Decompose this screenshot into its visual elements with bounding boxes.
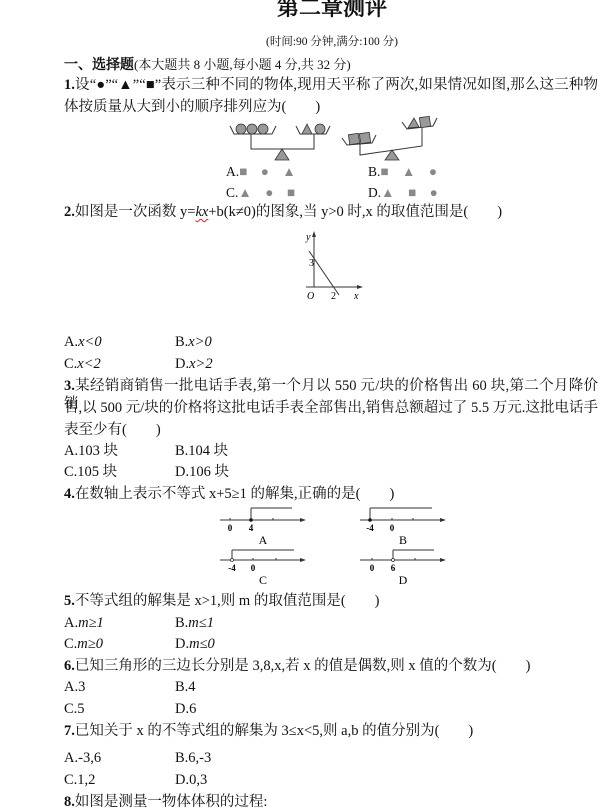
option-d[interactable]: D.m≤0	[175, 635, 215, 653]
question-number: 3.	[64, 378, 75, 394]
spellcheck-underlined-text: kx	[195, 204, 208, 220]
question-number: 4.	[64, 486, 75, 502]
option-d[interactable]: D.106 块	[175, 463, 229, 481]
svg-text:y: y	[305, 232, 311, 243]
question-text: 设“●”“▲”“■”表示三种不同的物体,现用天平称了两次,如果情况如图,那么这三…	[75, 77, 598, 93]
option-text: x>0	[188, 334, 211, 350]
option-symbols: ▲ ● ■	[238, 185, 295, 200]
question-number: 2.	[64, 204, 75, 220]
option-label: B.	[175, 750, 188, 766]
square-icon	[348, 133, 359, 144]
question-6: 6.已知三角形的三边长分别是 3,8,x,若 x 的值是偶数,则 x 值的个数为…	[64, 657, 530, 675]
arrow-up-icon	[312, 231, 316, 237]
question-text: 已知关于 x 的不等式组的解集为 3≤x<5,则 a,b 的值分别为( )	[75, 723, 473, 739]
option-label: D.	[175, 772, 189, 788]
question-number: 8.	[64, 794, 75, 810]
option-text: 6,-3	[188, 750, 211, 766]
option-c[interactable]: C.105 块	[64, 463, 117, 481]
option-text: m≥0	[77, 636, 103, 652]
option-text: x>2	[189, 356, 212, 372]
option-symbols: ■ ● ▲	[239, 164, 296, 179]
number-line-option-a[interactable]: 0 4 A	[218, 505, 308, 545]
section-label: 一、选择题	[64, 56, 134, 72]
option-text: 105 块	[77, 464, 117, 480]
option-text: 3	[78, 679, 85, 695]
option-b[interactable]: B.4	[175, 678, 196, 696]
option-text: 4	[188, 679, 195, 695]
option-label: D.	[175, 356, 189, 372]
option-label: B.	[175, 334, 188, 350]
option-text: 6	[189, 701, 196, 717]
option-text: x<0	[78, 334, 101, 350]
question-text: 不等式组的解集是 x>1,则 m 的取值范围是( )	[75, 593, 380, 609]
number-line-option-b[interactable]: -4 0 B	[358, 505, 448, 545]
exam-info: (时间:90 分钟,满分:100 分)	[0, 34, 616, 50]
section-heading: 一、选择题(本大题共 8 小题,每小题 4 分,共 32 分)	[64, 55, 351, 75]
option-b[interactable]: B.104 块	[175, 442, 228, 460]
square-icon	[419, 116, 430, 127]
page-title: 第二章测评	[0, 0, 616, 21]
option-c[interactable]: C.5	[64, 700, 85, 718]
svg-text:x: x	[353, 291, 359, 302]
fulcrum-icon	[275, 149, 289, 160]
option-label: A.	[64, 615, 78, 631]
question-4: 4.在数轴上表示不等式 x+5≥1 的解集,正确的是( )	[64, 485, 394, 503]
number-line-option-c[interactable]: -4 0 C	[218, 545, 308, 585]
question-text: +b(k≠0)的图象,当 y>0 时,x 的取值范围是( )	[208, 204, 502, 220]
option-label: A.	[226, 164, 239, 179]
option-symbols: ■ ▲ ●	[380, 164, 437, 179]
option-text: 103 块	[78, 443, 118, 459]
option-b[interactable]: B.6,-3	[175, 749, 211, 767]
question-5: 5.不等式组的解集是 x>1,则 m 的取值范围是( )	[64, 592, 380, 610]
option-label: A.	[64, 334, 78, 350]
option-label: A.	[64, 750, 78, 766]
question-number: 7.	[64, 723, 75, 739]
number-line-option-d[interactable]: 0 6 D	[358, 545, 448, 585]
option-a[interactable]: A.3	[64, 678, 85, 696]
option-text: m≤0	[189, 636, 215, 652]
option-c[interactable]: C.m≥0	[64, 635, 103, 653]
svg-text:D: D	[399, 573, 408, 587]
svg-text:3: 3	[309, 258, 314, 269]
circle-icon	[258, 124, 268, 134]
option-text: 1,2	[77, 772, 95, 788]
option-label: C.	[64, 356, 77, 372]
arrow-right-icon	[440, 558, 446, 562]
filled-dot-icon	[368, 518, 372, 522]
svg-text:O: O	[307, 291, 314, 302]
option-label: C.	[64, 464, 77, 480]
option-d[interactable]: D.6	[175, 700, 196, 718]
question-text: 已知三角形的三边长分别是 3,8,x,若 x 的值是偶数,则 x 值的个数为( …	[75, 658, 531, 674]
question-2: 2.如图是一次函数 y=kx+b(k≠0)的图象,当 y>0 时,x 的取值范围…	[64, 203, 502, 221]
option-a[interactable]: A.x<0	[64, 333, 102, 351]
svg-text:0: 0	[228, 523, 233, 533]
question-text: 在数轴上表示不等式 x+5≥1 的解集,正确的是( )	[75, 486, 394, 502]
filled-dot-icon	[249, 518, 253, 522]
option-label: B.	[175, 679, 188, 695]
svg-text:-4: -4	[366, 523, 374, 533]
option-label: B.	[175, 443, 188, 459]
section-note: (本大题共 8 小题,每小题 4 分,共 32 分)	[134, 57, 351, 72]
option-a[interactable]: A.103 块	[64, 442, 118, 460]
option-text: m≤1	[188, 615, 214, 631]
open-dot-icon	[392, 559, 395, 562]
linear-function-graph: y 3 O 2 x	[300, 228, 370, 303]
question-3-line-3: 表至少有( )	[64, 421, 161, 439]
option-label: D.	[175, 701, 189, 717]
balance-scale-figure-1	[228, 118, 338, 168]
option-c[interactable]: C.1,2	[64, 771, 95, 789]
question-3-line-2: 售,以 500 元/块的价格将这批电话手表全部售出,销售总额超过了 5.5 万元…	[64, 399, 598, 417]
question-1-line-1: 1.设“●”“▲”“■”表示三种不同的物体,现用天平称了两次,如果情况如图,那么…	[64, 76, 598, 94]
question-number: 6.	[64, 658, 75, 674]
option-label: B.	[175, 615, 188, 631]
option-text: 5	[77, 701, 84, 717]
question-number: 5.	[64, 593, 75, 609]
svg-text:2: 2	[331, 291, 336, 302]
option-text: x<2	[77, 356, 100, 372]
option-label: D.	[175, 636, 189, 652]
circle-icon	[236, 124, 246, 134]
option-text: m≥1	[78, 615, 104, 631]
question-text: 如图是测量一物体体积的过程:	[75, 794, 268, 810]
option-label: C.	[64, 772, 77, 788]
question-7: 7.已知关于 x 的不等式组的解集为 3≤x<5,则 a,b 的值分别为( )	[64, 722, 473, 740]
option-label: C.	[226, 185, 238, 200]
svg-text:0: 0	[390, 523, 395, 533]
option-d[interactable]: D.x>2	[175, 355, 213, 373]
triangle-icon	[408, 118, 419, 128]
arrow-right-icon	[300, 558, 306, 562]
option-c[interactable]: C.▲ ● ■	[226, 184, 295, 202]
svg-text:-4: -4	[228, 563, 236, 573]
svg-text:0: 0	[370, 563, 375, 573]
option-text: 0,3	[189, 772, 207, 788]
option-d[interactable]: D.0,3	[175, 771, 207, 789]
option-text: -3,6	[78, 750, 101, 766]
question-8: 8.如图是测量一物体体积的过程:	[64, 793, 267, 811]
question-text: 如图是一次函数 y=	[75, 204, 196, 220]
option-text: 106 块	[189, 464, 229, 480]
arrow-right-icon	[300, 518, 306, 522]
option-label: A.	[64, 443, 78, 459]
option-d[interactable]: D.▲ ■ ●	[368, 184, 438, 202]
option-text: 104 块	[188, 443, 228, 459]
option-label: D.	[368, 185, 381, 200]
square-icon	[359, 132, 370, 143]
svg-text:4: 4	[249, 523, 254, 533]
option-label: C.	[64, 701, 77, 717]
option-label: A.	[64, 679, 78, 695]
option-a[interactable]: A.■ ● ▲	[226, 163, 296, 181]
option-b[interactable]: B.m≤1	[175, 614, 214, 632]
arrow-right-icon	[440, 518, 446, 522]
option-a[interactable]: A.m≥1	[64, 614, 104, 632]
circle-icon	[315, 124, 325, 134]
option-symbols: ▲ ■ ●	[381, 185, 438, 200]
option-label: C.	[64, 636, 77, 652]
arrow-right-icon	[357, 285, 363, 289]
svg-text:C: C	[259, 573, 267, 587]
option-label: D.	[175, 464, 189, 480]
option-label: B.	[368, 164, 380, 179]
circle-icon	[247, 124, 257, 134]
option-c[interactable]: C.x<2	[64, 355, 101, 373]
balance-scale-figure-2	[338, 110, 448, 166]
triangle-icon	[302, 124, 312, 134]
open-dot-icon	[231, 559, 234, 562]
question-number: 1.	[64, 77, 75, 93]
svg-text:0: 0	[251, 563, 256, 573]
option-a[interactable]: A.-3,6	[64, 749, 101, 767]
question-1-line-2: 体按质量从大到小的顺序排列应为( )	[64, 98, 320, 116]
option-b[interactable]: B.■ ▲ ●	[368, 163, 437, 181]
option-b[interactable]: B.x>0	[175, 333, 212, 351]
svg-text:6: 6	[391, 563, 396, 573]
